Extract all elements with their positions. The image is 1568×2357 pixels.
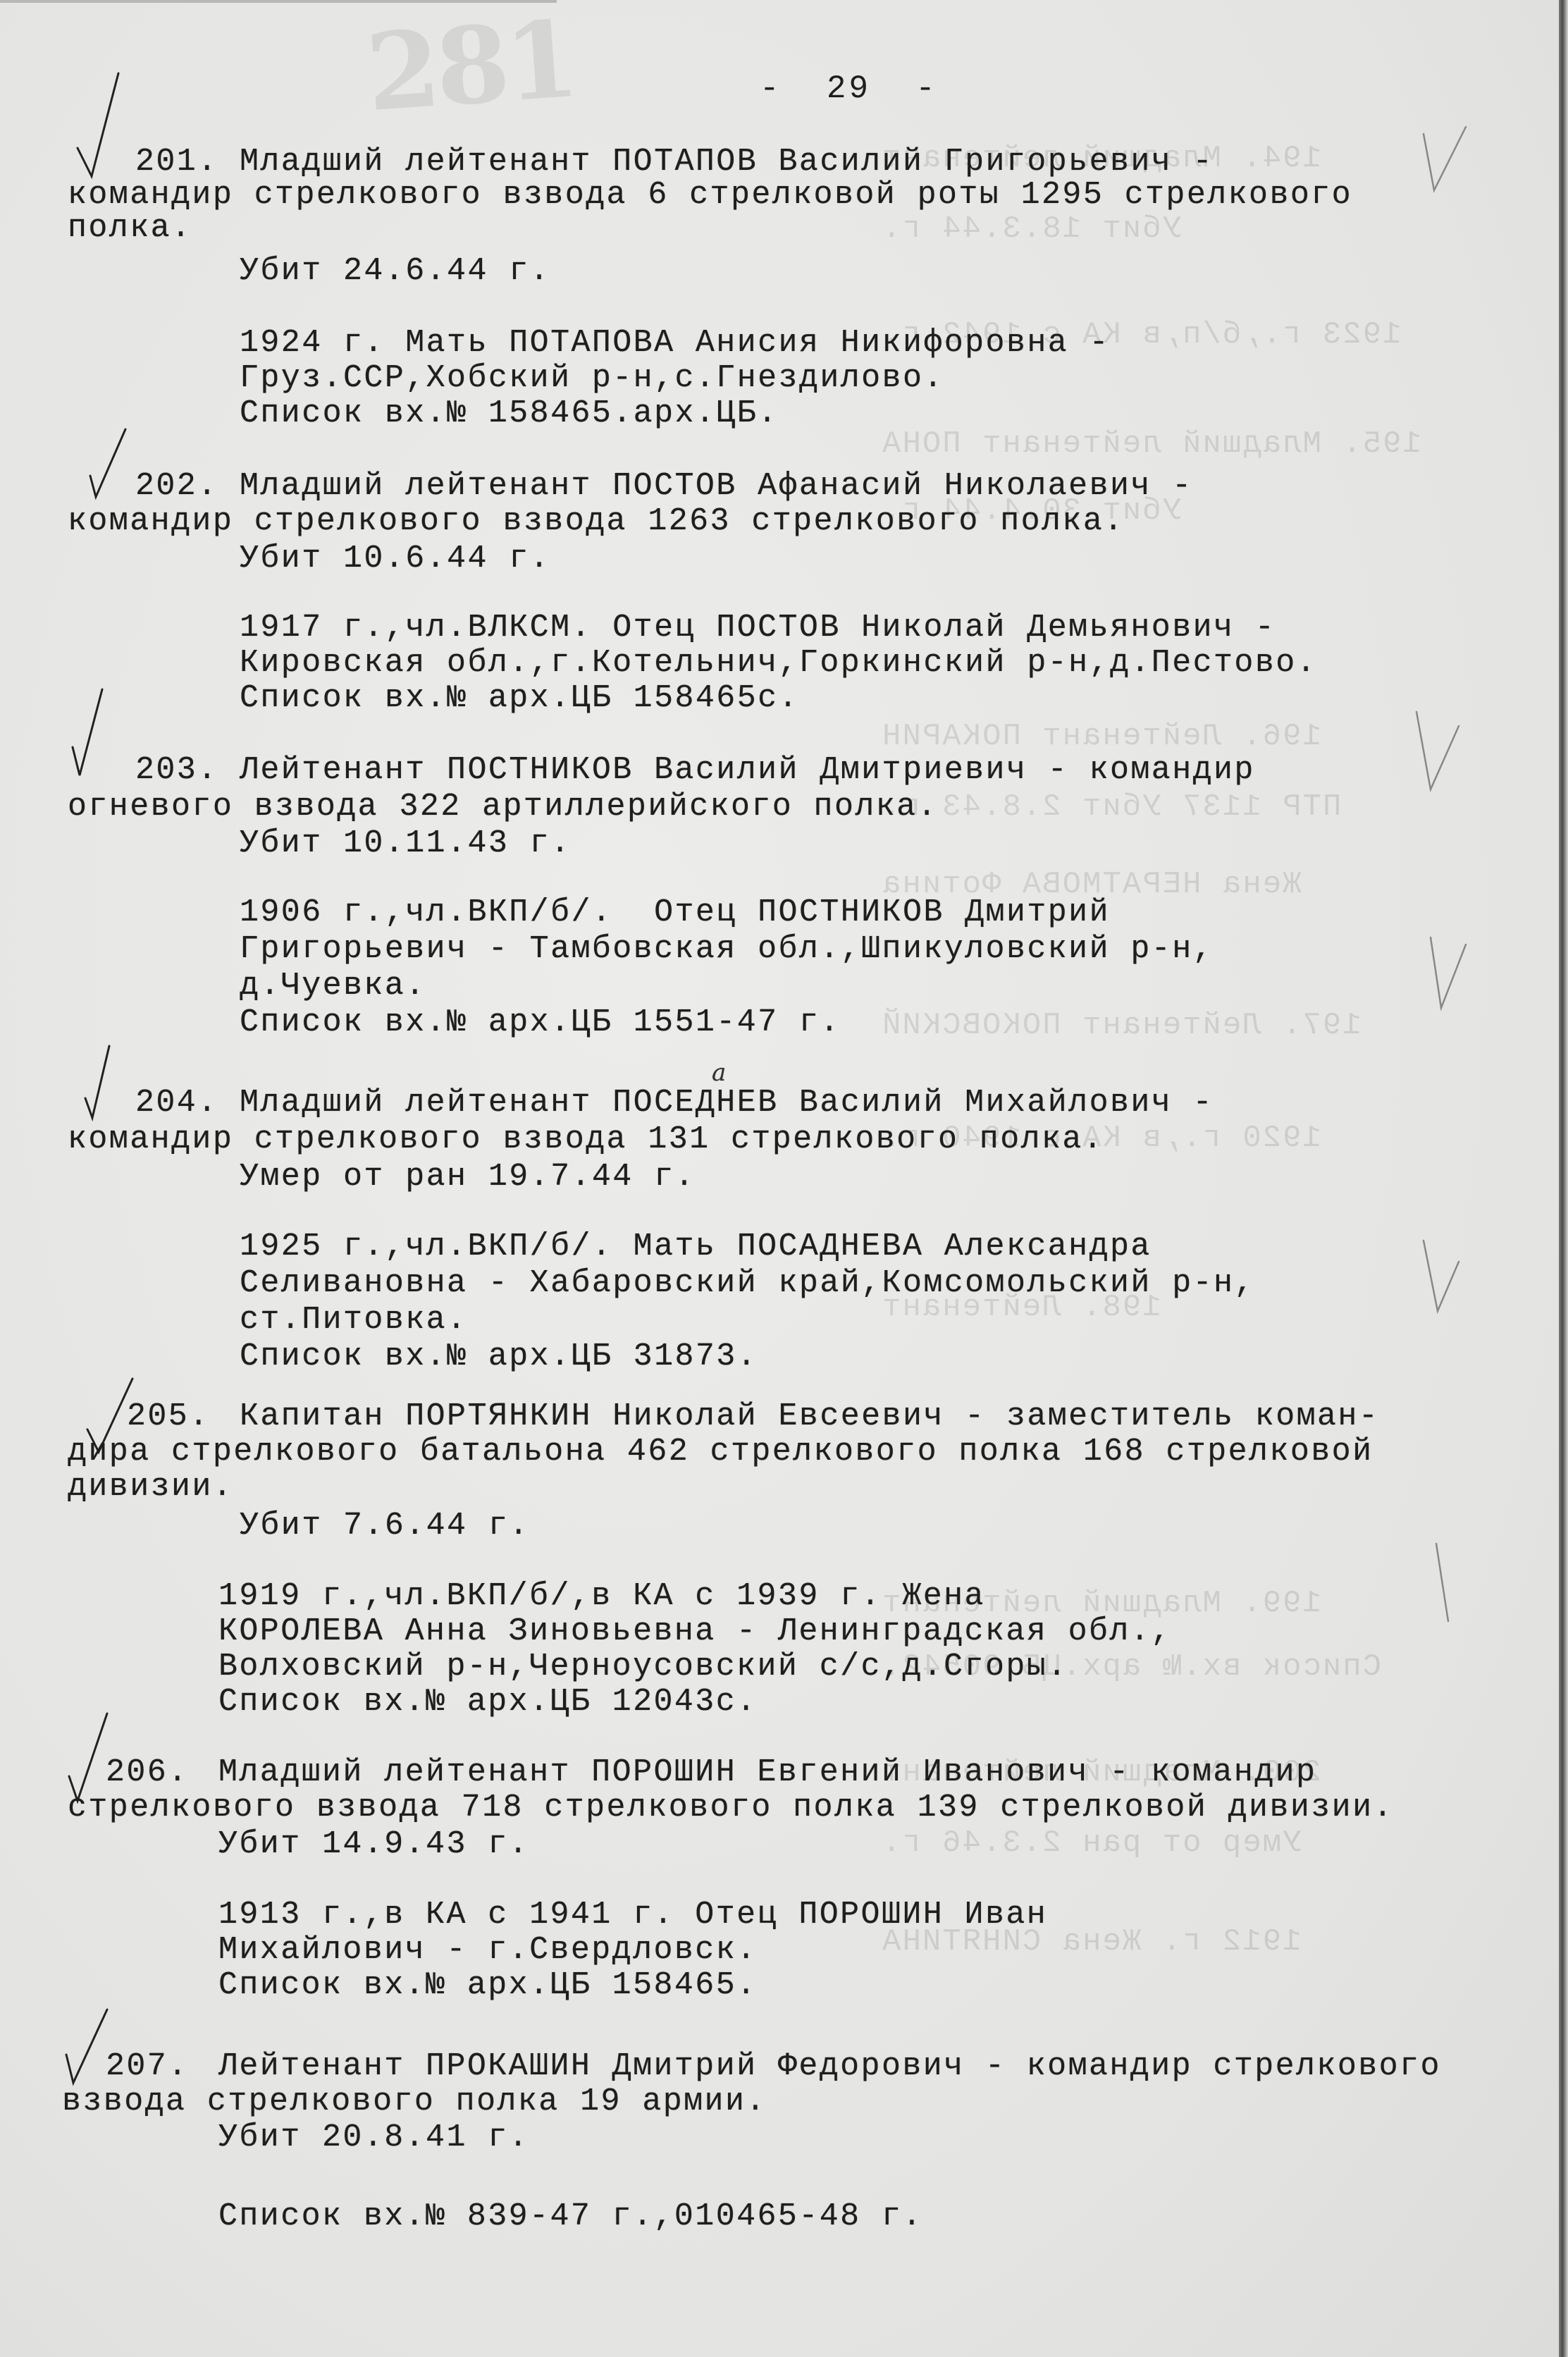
scan-right-edge bbox=[1559, 0, 1568, 2357]
entry-201-detail: 1924 г. Мать ПОТАПОВА Анисия Никифоровна… bbox=[240, 326, 1110, 361]
entry-201-fate: Убит 24.6.44 г. bbox=[240, 254, 550, 289]
entry-203-detail: Список вх.№ арх.ЦБ 1551-47 г. bbox=[240, 1005, 841, 1040]
entry-205-fate: Убит 7.6.44 г. bbox=[240, 1508, 530, 1544]
entry-204-detail: ст.Питовка. bbox=[240, 1303, 467, 1338]
entry-205-detail: Список вх.№ арх.ЦБ 12043с. bbox=[218, 1685, 758, 1720]
entry-203-detail: 1906 г.,чл.ВКП/б/. Отец ПОСТНИКОВ Дмитри… bbox=[240, 895, 1110, 930]
entry-205-line: дивизии. bbox=[68, 1470, 233, 1505]
entry-201-line: командир стрелкового взвода 6 стрелковой… bbox=[68, 178, 1352, 213]
entry-201-line: полка. bbox=[68, 211, 192, 246]
entry-203-detail: д.Чуевка. bbox=[240, 968, 426, 1004]
entry-205-line: Капитан ПОРТЯНКИН Николай Евсеевич - зам… bbox=[240, 1399, 1379, 1434]
entry-201-detail: Список вх.№ 158465.арх.ЦБ. bbox=[240, 396, 779, 431]
entry-202-detail: 1917 г.,чл.ВЛКСМ. Отец ПОСТОВ Николай Де… bbox=[240, 610, 1276, 646]
entry-204-detail: 1925 г.,чл.ВКП/б/. Мать ПОСАДНЕВА Алекса… bbox=[240, 1229, 1152, 1264]
entry-206-detail: Михайлович - г.Свердловск. bbox=[218, 1933, 758, 1968]
entry-207-line: Лейтенант ПРОКАШИН Дмитрий Федорович - к… bbox=[218, 2049, 1441, 2084]
scan-top-edge bbox=[0, 0, 557, 3]
entry-202-line: Младший лейтенант ПОСТОВ Афанасий Никола… bbox=[240, 469, 1193, 504]
entry-204-line: командир стрелкового взвода 131 стрелков… bbox=[68, 1122, 1104, 1157]
entry-203-line: огневого взвода 322 артиллерийского полк… bbox=[68, 789, 938, 825]
entry-206-line: стрелкового взвода 718 стрелкового полка… bbox=[68, 1790, 1394, 1826]
entry-202-fate: Убит 10.6.44 г. bbox=[240, 541, 550, 577]
entry-206-fate: Убит 14.9.43 г. bbox=[218, 1827, 529, 1862]
handwritten-folio-number: 281 bbox=[362, 0, 579, 135]
entry-202-number: 202. bbox=[135, 469, 218, 504]
entry-204-fate: Умер от ран 19.7.44 г. bbox=[240, 1159, 696, 1195]
entry-205-line: дира стрелкового батальона 462 стрелково… bbox=[68, 1434, 1373, 1470]
entry-207-line: взвода стрелкового полка 19 армии. bbox=[62, 2084, 767, 2119]
entry-205-number: 205. bbox=[127, 1399, 210, 1434]
entry-204-number: 204. bbox=[135, 1085, 218, 1121]
entry-206-number: 206. bbox=[106, 1755, 189, 1790]
entry-205-detail: КОРОЛЕВА Анна Зиновьевна - Ленинградская… bbox=[218, 1614, 1172, 1649]
entry-203-line: Лейтенант ПОСТНИКОВ Василий Дмитриевич -… bbox=[240, 753, 1255, 788]
entry-203-detail: Григорьевич - Тамбовская обл.,Шпикуловск… bbox=[240, 932, 1214, 967]
entry-201-detail: Груз.ССР,Хобский р-н,с.Гнездилово. bbox=[240, 361, 944, 396]
entry-203-number: 203. bbox=[135, 753, 218, 788]
entry-202-detail: Список вх.№ арх.ЦБ 158465с. bbox=[240, 681, 799, 716]
entry-206-detail: 1913 г.,в КА с 1941 г. Отец ПОРОШИН Иван bbox=[218, 1897, 1047, 1933]
entry-207-number: 207. bbox=[106, 2049, 189, 2084]
entry-204-detail: Список вх.№ арх.ЦБ 31873. bbox=[240, 1339, 758, 1374]
entry-207-fate: Убит 20.8.41 г. bbox=[218, 2120, 529, 2155]
entry-206-detail: Список вх.№ арх.ЦБ 158465. bbox=[218, 1968, 758, 2003]
entry-204-line: Младший лейтенант ПОСЕДНЕВ Василий Михай… bbox=[240, 1085, 1214, 1121]
entry-202-detail: Кировская обл.,г.Котельнич,Горкинский р-… bbox=[240, 646, 1317, 681]
entry-205-detail: 1919 г.,чл.ВКП/б/,в КА с 1939 г. Жена bbox=[218, 1579, 985, 1614]
entry-203-fate: Убит 10.11.43 г. bbox=[240, 826, 571, 861]
entry-207-detail: Список вх.№ 839-47 г.,010465-48 г. bbox=[218, 2199, 923, 2234]
entry-206-line: Младший лейтенант ПОРОШИН Евгений Иванов… bbox=[218, 1755, 1316, 1790]
entry-201-number: 201. bbox=[135, 144, 218, 180]
entry-204-detail: Селивановна - Хабаровский край,Комсомоль… bbox=[240, 1266, 1255, 1301]
entry-205-detail: Волховский р-н,Черноусовский с/с,д.Сгоры… bbox=[218, 1649, 1068, 1685]
page-number: - 29 - bbox=[760, 70, 938, 107]
entry-201-line: Младший лейтенант ПОТАПОВ Василий Григор… bbox=[240, 144, 1214, 180]
entry-202-line: командир стрелкового взвода 1263 стрелко… bbox=[68, 504, 1125, 539]
